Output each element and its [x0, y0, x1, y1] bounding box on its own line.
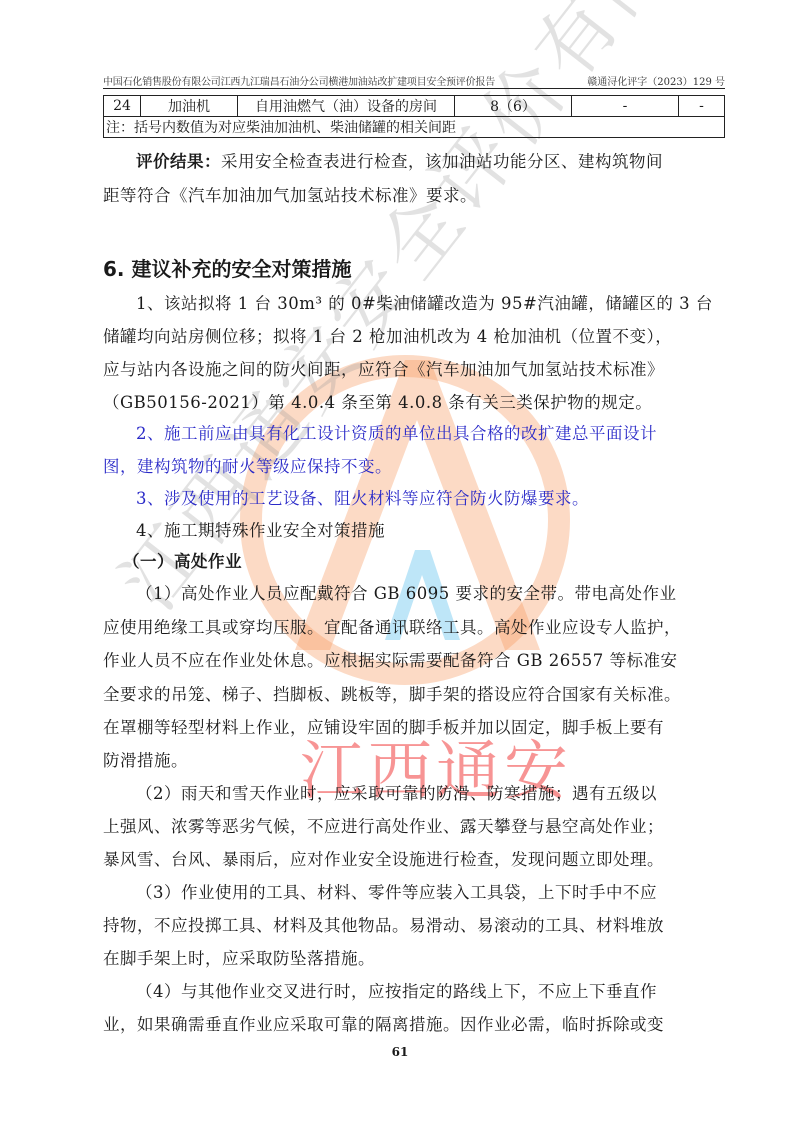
- table-row: 24 加油机 自用油燃气（油）设备的房间 8（6） - -: [104, 96, 725, 117]
- paragraph-line: 储罐均向站房侧位移；拟将 1 台 2 枪加油机改为 4 枪加油机（位置不变），: [103, 321, 725, 353]
- table-cell: -: [679, 96, 725, 117]
- table-cell: 自用油燃气（油）设备的房间: [238, 96, 455, 117]
- subsection-title: （一）高处作业: [103, 546, 745, 578]
- table-cell: 24: [104, 96, 141, 117]
- paragraph-line: （3）作业使用的工具、材料、零件等应装入工具袋，上下时手中不应: [103, 877, 758, 909]
- paragraph-line: 在罩棚等轻型材料上作业，应铺设牢固的脚手板并加以固定，脚手板上要有: [103, 712, 725, 744]
- paragraph-line: （4）与其他作业交叉进行时，应按指定的路线上下，不应上下垂直作: [103, 976, 758, 1008]
- evaluation-line: 距等符合《汽车加油加气加氢站技术标准》要求。: [103, 180, 725, 212]
- paragraph-line: 业，如果确需垂直作业应采取可靠的隔离措施。因作业必需，临时拆除或变: [103, 1009, 725, 1041]
- table-cell: 加油机: [141, 96, 238, 117]
- table-note-row: 注：括号内数值为对应柴油加油机、柴油储罐的相关间距: [104, 117, 725, 138]
- paragraph-line: 暴风雪、台风、暴雨后，应对作业安全设施进行检查，发现问题立即处理。: [103, 844, 725, 876]
- paragraph-line: （2）雨天和雪天作业时，应采取可靠的防滑、防寒措施；遇有五级以: [103, 778, 758, 810]
- paragraph-line: 应使用绝缘工具或穿均压服。宜配备通讯联络工具。高处作业应设专人监护，: [103, 612, 725, 644]
- paragraph-line: （1）高处作业人员应配戴符合 GB 6095 要求的安全带。带电高处作业: [103, 578, 758, 610]
- paragraph-line: 4、施工期特殊作业安全对策措施: [103, 515, 758, 547]
- section-title: 6. 建议补充的安全对策措施: [103, 253, 725, 285]
- table-note: 注：括号内数值为对应柴油加油机、柴油储罐的相关间距: [104, 117, 725, 138]
- page-number: 61: [0, 1045, 800, 1059]
- paragraph-line: 全要求的吊笼、梯子、挡脚板、跳板等，脚手架的搭设应符合国家有关标准。: [103, 679, 725, 711]
- paragraph-line: 应与站内各设施之间的防火间距，应符合《汽车加油加气加氢站技术标准》: [103, 354, 725, 386]
- header-doc-number: 赣通浔化评字（2023）129 号: [587, 73, 725, 88]
- table-cell: 8（6）: [455, 96, 572, 117]
- paragraph-line: 1、该站拟将 1 台 30m³ 的 0#柴油储罐改造为 95#汽油罐，储罐区的 …: [103, 288, 758, 320]
- evaluation-label: 评价结果：: [136, 152, 221, 171]
- paragraph-line: 防滑措施。: [103, 745, 725, 777]
- spacing-table: 24 加油机 自用油燃气（油）设备的房间 8（6） - - 注：括号内数值为对应…: [103, 95, 725, 138]
- paragraph-line-blue: 3、涉及使用的工艺设备、阻火材料等应符合防火防爆要求。: [103, 483, 758, 515]
- paragraph-line: 上强风、浓雾等恶劣气候，不应进行高处作业、露天攀登与悬空高处作业；: [103, 811, 725, 843]
- paragraph-line: 作业人员不应在作业处休息。应根据实际需要配备符合 GB 26557 等标准安: [103, 645, 725, 677]
- evaluation-line: 评价结果：采用安全检查表进行检查，该加油站功能分区、建构筑物间: [103, 146, 758, 178]
- page-header: 中国石化销售股份有限公司江西九江瑞昌石油分公司横港加油站改扩建项目安全预评价报告…: [103, 70, 725, 89]
- paragraph-line-blue: 2、施工前应由具有化工设计资质的单位出具合格的改扩建总平面设计: [103, 418, 758, 450]
- paragraph-line-blue: 图，建构筑物的耐火等级应保持不变。: [103, 451, 725, 483]
- table-cell: -: [572, 96, 679, 117]
- paragraph-line: 持物，不应投掷工具、材料及其他物品。易滑动、易滚动的工具、材料堆放: [103, 910, 725, 942]
- paragraph-line: （GB50156-2021）第 4.0.4 条至第 4.0.8 条有关三类保护物…: [103, 387, 725, 419]
- paragraph-line: 在脚手架上时，应采取防坠落措施。: [103, 943, 725, 975]
- header-title: 中国石化销售股份有限公司江西九江瑞昌石油分公司横港加油站改扩建项目安全预评价报告: [103, 73, 495, 88]
